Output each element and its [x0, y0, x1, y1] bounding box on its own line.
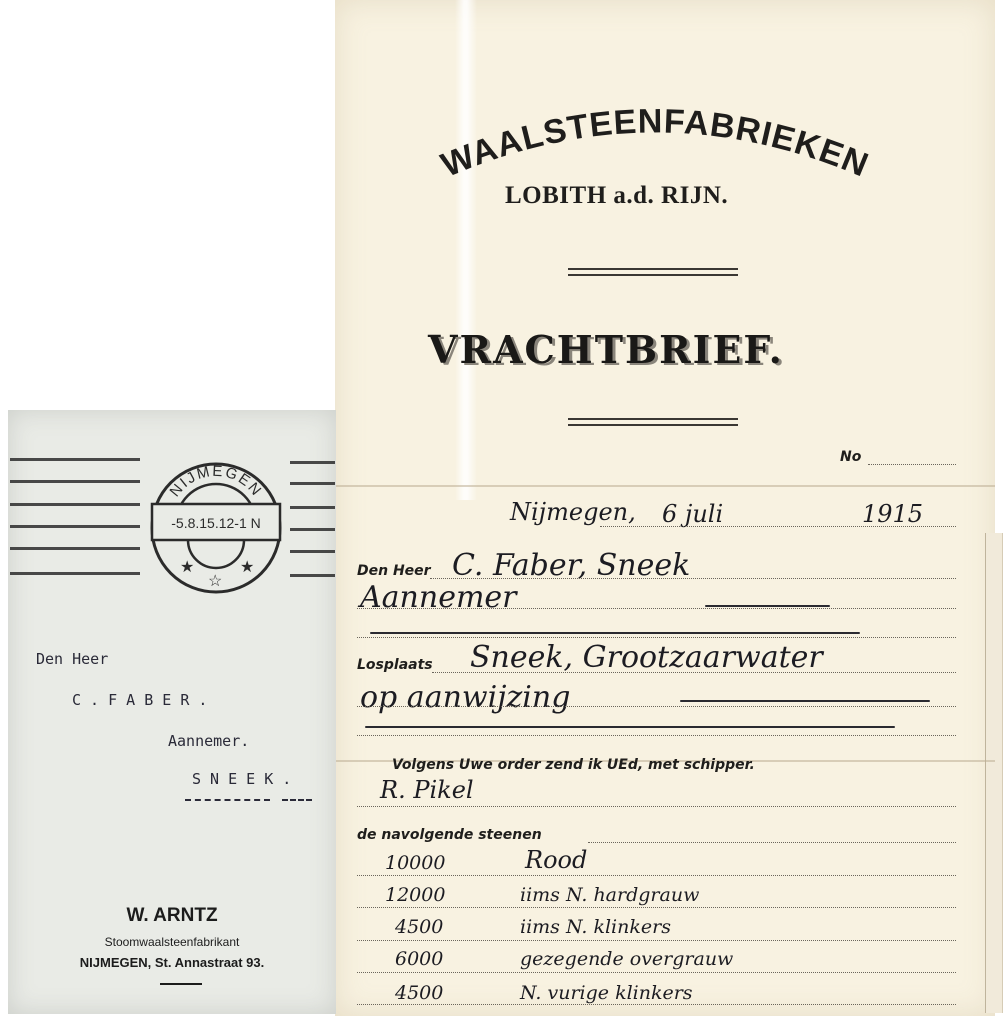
order-text: Volgens Uwe order zend ik UEd, met schip…	[392, 757, 755, 773]
date-field-line	[600, 526, 956, 527]
item-quantity: 10000	[385, 852, 445, 874]
place-handwritten: Nijmegen,	[510, 498, 636, 526]
pen-stroke	[680, 700, 930, 702]
addressee-field-line[interactable]	[430, 578, 956, 579]
item-description: iims N. hardgrauw	[520, 884, 699, 906]
item-quantity: 4500	[395, 982, 443, 1004]
star-icon: ★	[180, 559, 194, 576]
envelope-recipient-city: S N E E K .	[192, 770, 291, 788]
addressee-occupation-handwritten: Aannemer	[360, 580, 517, 615]
cancellation-bar	[290, 528, 335, 531]
cancellation-bar	[290, 461, 335, 464]
document-title: VRACHTBRIEF.	[428, 327, 888, 372]
items-label: de navolgende steenen	[357, 827, 542, 843]
sender-trade: Stoomwaalsteenfabrikant	[8, 935, 336, 949]
company-name: WAALSTEENFABRIEKEN	[436, 102, 874, 184]
unloading-place-label: Losplaats	[357, 657, 433, 673]
item-quantity: 4500	[395, 916, 443, 938]
paper-tear	[455, 0, 477, 500]
cancellation-bar	[10, 480, 140, 483]
pen-stroke	[370, 632, 860, 634]
addressee-label: Den Heer	[357, 563, 431, 579]
item-line[interactable]	[357, 972, 956, 973]
unloading-place-field-line[interactable]	[432, 672, 956, 673]
divider	[568, 418, 738, 426]
envelope-recipient-name: C . F A B E R .	[72, 691, 207, 709]
item-description: N. vurige klinkers	[520, 982, 693, 1004]
envelope-salutation: Den Heer	[36, 650, 108, 668]
cancellation-bar	[10, 525, 140, 528]
cancellation-bar	[290, 506, 335, 509]
sender-rule	[160, 983, 202, 985]
svg-text:NIJMEGEN: NIJMEGEN	[166, 463, 265, 500]
item-quantity: 6000	[395, 948, 443, 970]
item-description: gezegende overgrauw	[520, 948, 733, 970]
star-icon: ★	[240, 559, 254, 576]
cancellation-bar	[290, 574, 335, 577]
pen-stroke	[365, 726, 895, 728]
svg-text:WAALSTEENFABRIEKEN: WAALSTEENFABRIEKEN	[436, 102, 874, 184]
unloading-place-field-line-3[interactable]	[357, 735, 956, 736]
postmark-stamp: NIJMEGEN -5.8.15.12-1 N ★ ☆ ★	[148, 460, 284, 596]
city-underline	[185, 799, 270, 801]
date-handwritten: 6 juli	[662, 500, 723, 528]
unloading-place-field-line-2[interactable]	[357, 706, 956, 707]
divider	[568, 268, 738, 276]
addressee-field-line-3[interactable]	[357, 637, 956, 638]
cancellation-bar	[10, 572, 140, 575]
number-label: No	[840, 449, 861, 465]
postmark-date: -5.8.15.12-1 N	[171, 515, 261, 531]
cancellation-bar	[290, 482, 335, 485]
item-description: Rood	[525, 846, 587, 874]
star-outline-icon: ☆	[208, 573, 222, 590]
item-line[interactable]	[357, 940, 956, 941]
item-quantity: 12000	[385, 884, 445, 906]
addressee-field-line-2[interactable]	[357, 608, 956, 609]
cancellation-bar	[10, 503, 140, 506]
unloading-place-line2-handwritten: op aanwijzing	[360, 680, 570, 715]
cancellation-bar	[290, 550, 335, 553]
year-handwritten: 1915	[862, 500, 923, 528]
number-field[interactable]	[868, 464, 956, 465]
city-underline	[282, 799, 312, 801]
item-line[interactable]	[357, 907, 956, 908]
cancellation-bar	[10, 458, 140, 461]
skipper-field-line[interactable]	[357, 806, 956, 807]
skipper-handwritten: R. Pikel	[380, 776, 474, 804]
envelope-recipient-occupation: Aannemer.	[168, 732, 249, 750]
postmark-city: NIJMEGEN	[166, 463, 265, 500]
item-description: iims N. klinkers	[520, 916, 671, 938]
item-line[interactable]	[357, 875, 956, 876]
fold-line	[335, 485, 995, 487]
sender-name: W. ARNTZ	[8, 905, 336, 927]
pen-stroke	[705, 605, 830, 607]
company-location: LOBITH a.d. RIJN.	[505, 182, 805, 210]
items-field-line	[588, 842, 956, 843]
sheet-back-flap	[985, 533, 1003, 1013]
item-line[interactable]	[357, 1004, 956, 1005]
cancellation-bar	[10, 547, 140, 550]
sender-address: NIJMEGEN, St. Annastraat 93.	[8, 955, 336, 970]
unloading-place-line1-handwritten: Sneek, Grootzaarwater	[470, 640, 823, 675]
